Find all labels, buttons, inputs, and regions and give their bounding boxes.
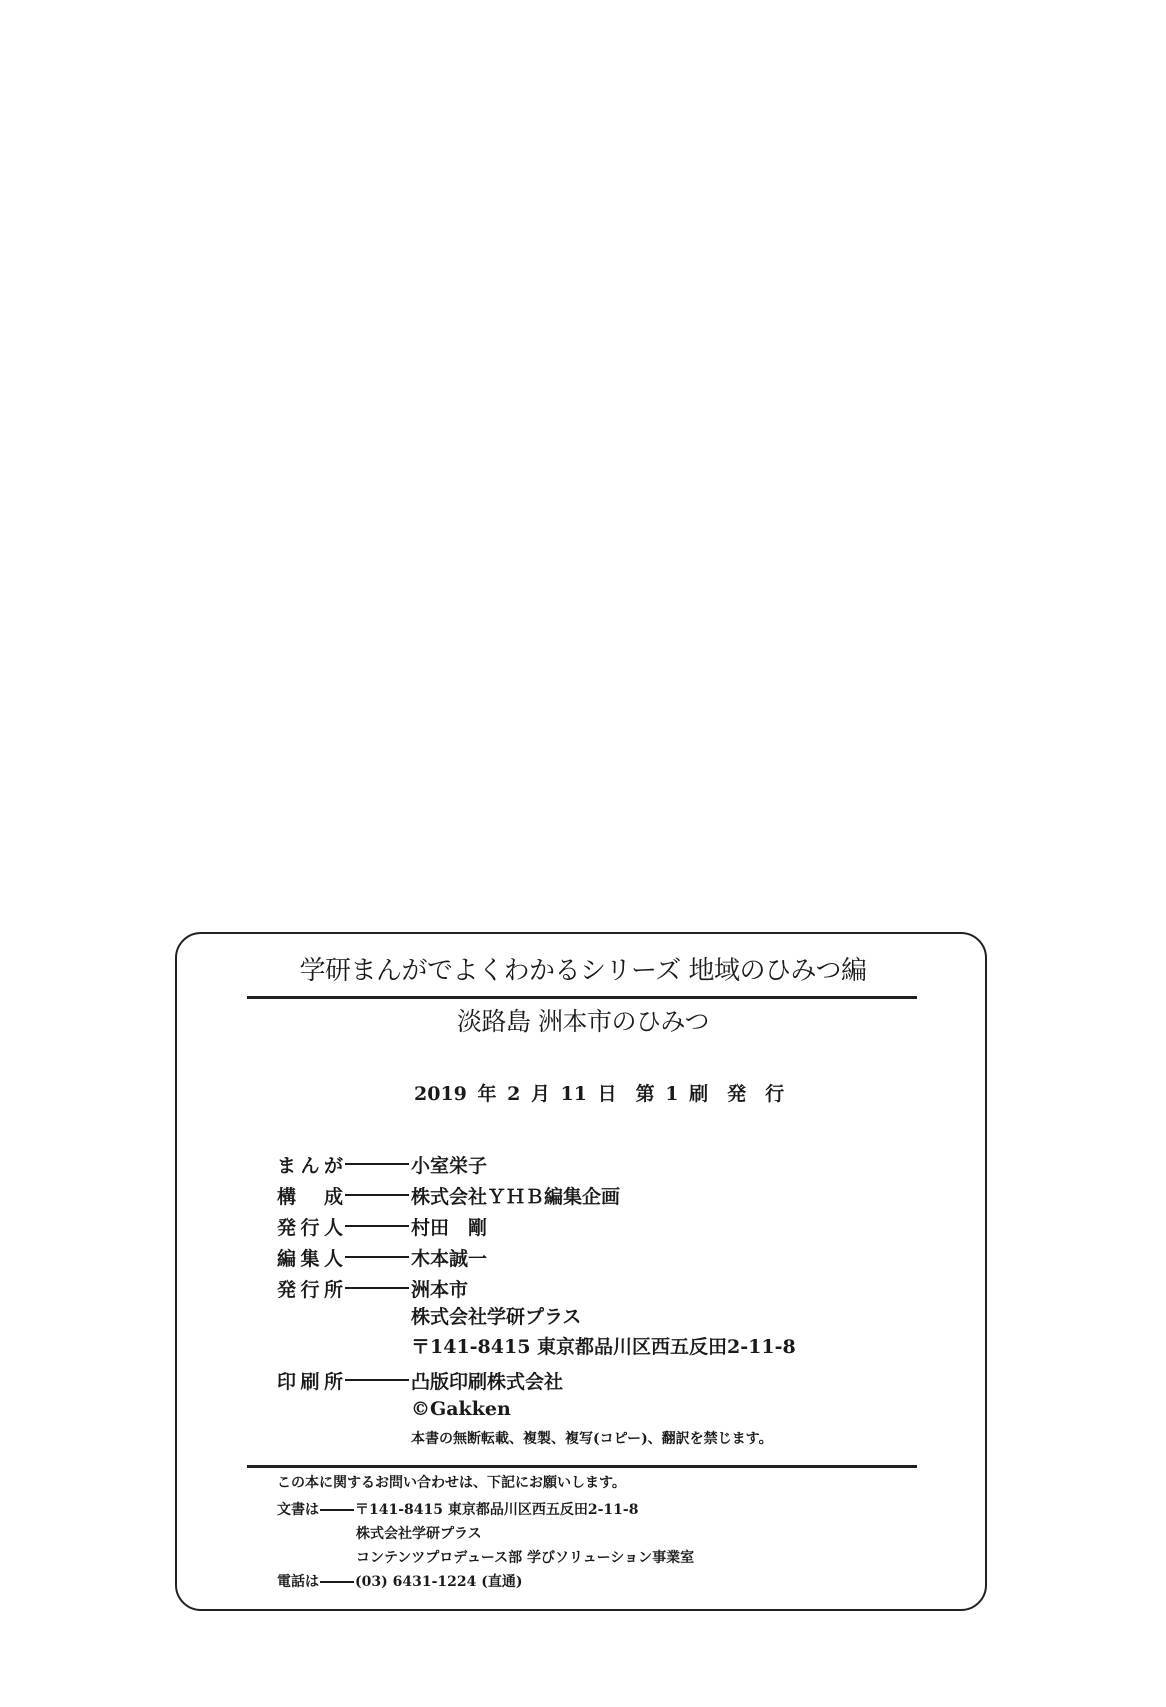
leader-dash — [320, 1581, 354, 1583]
series-title: 学研まんがでよくわかるシリーズ 地域のひみつ編 — [0, 958, 1166, 984]
contact-phone-row: 電話は(03) 6431-1224 (直通) — [277, 1575, 522, 1589]
leader-dash — [345, 1256, 409, 1258]
leader-dash — [345, 1379, 409, 1381]
mail-department: コンテンツプロデュース部 学びソリューション事業室 — [356, 1551, 694, 1565]
mail-address: 〒141-8415 東京都品川区西五反田2-11-8 — [355, 1502, 638, 1518]
credit-value: 小室栄子 — [411, 1151, 487, 1178]
mail-company: 株式会社学研プラス — [356, 1527, 482, 1541]
publication-date: 2019 年 2 月 11 日 第 1 刷 発 行 — [414, 1085, 784, 1104]
book-title: 淡路島 洲本市のひみつ — [0, 1009, 1166, 1034]
credit-row-composition: 構 成 株式会社ＹＨＢ編集企画 — [277, 1184, 620, 1206]
leader-dash — [345, 1163, 409, 1165]
credit-value: 洲本市 — [411, 1275, 468, 1302]
contact-mail-row: 文書は〒141-8415 東京都品川区西五反田2-11-8 — [277, 1503, 638, 1517]
phone-number: (03) 6431-1224 (直通) — [355, 1574, 522, 1590]
mail-label: 文書は — [277, 1503, 319, 1517]
leader-dash — [320, 1509, 354, 1511]
leader-dash — [345, 1225, 409, 1227]
publisher-company: 株式会社学研プラス — [411, 1308, 581, 1327]
credit-value: 村田 剛 — [411, 1213, 487, 1240]
credit-label: 編集人 — [277, 1244, 343, 1271]
phone-label: 電話は — [277, 1575, 319, 1589]
title-underline — [247, 996, 917, 999]
credit-value: 凸版印刷株式会社 — [411, 1367, 563, 1394]
credit-label: 発行人 — [277, 1213, 343, 1240]
credit-row-publisher-person: 発行人 村田 剛 — [277, 1215, 487, 1237]
credit-label: 構 成 — [277, 1182, 343, 1209]
credit-label: 印刷所 — [277, 1367, 343, 1394]
credit-row-manga: まんが 小室栄子 — [277, 1153, 487, 1175]
credit-row-editor: 編集人 木本誠一 — [277, 1246, 487, 1268]
credit-label: まんが — [277, 1151, 343, 1178]
contact-intro: この本に関するお問い合わせは、下記にお願いします。 — [277, 1476, 626, 1490]
leader-dash — [345, 1194, 409, 1196]
contact-divider — [247, 1465, 917, 1468]
credit-value: 株式会社ＹＨＢ編集企画 — [411, 1182, 620, 1209]
credit-label: 発行所 — [277, 1275, 343, 1302]
copyright: ©Gakken — [411, 1400, 511, 1419]
credit-value: 木本誠一 — [411, 1244, 487, 1271]
leader-dash — [345, 1287, 409, 1289]
credit-row-publishing-house: 発行所 洲本市 — [277, 1277, 468, 1299]
credit-row-printer: 印刷所 凸版印刷株式会社 — [277, 1369, 563, 1391]
publisher-address: 〒141-8415 東京都品川区西五反田2-11-8 — [411, 1338, 796, 1357]
reproduction-notice: 本書の無断転載、複製、複写(コピー)、翻訳を禁じます。 — [411, 1432, 773, 1446]
